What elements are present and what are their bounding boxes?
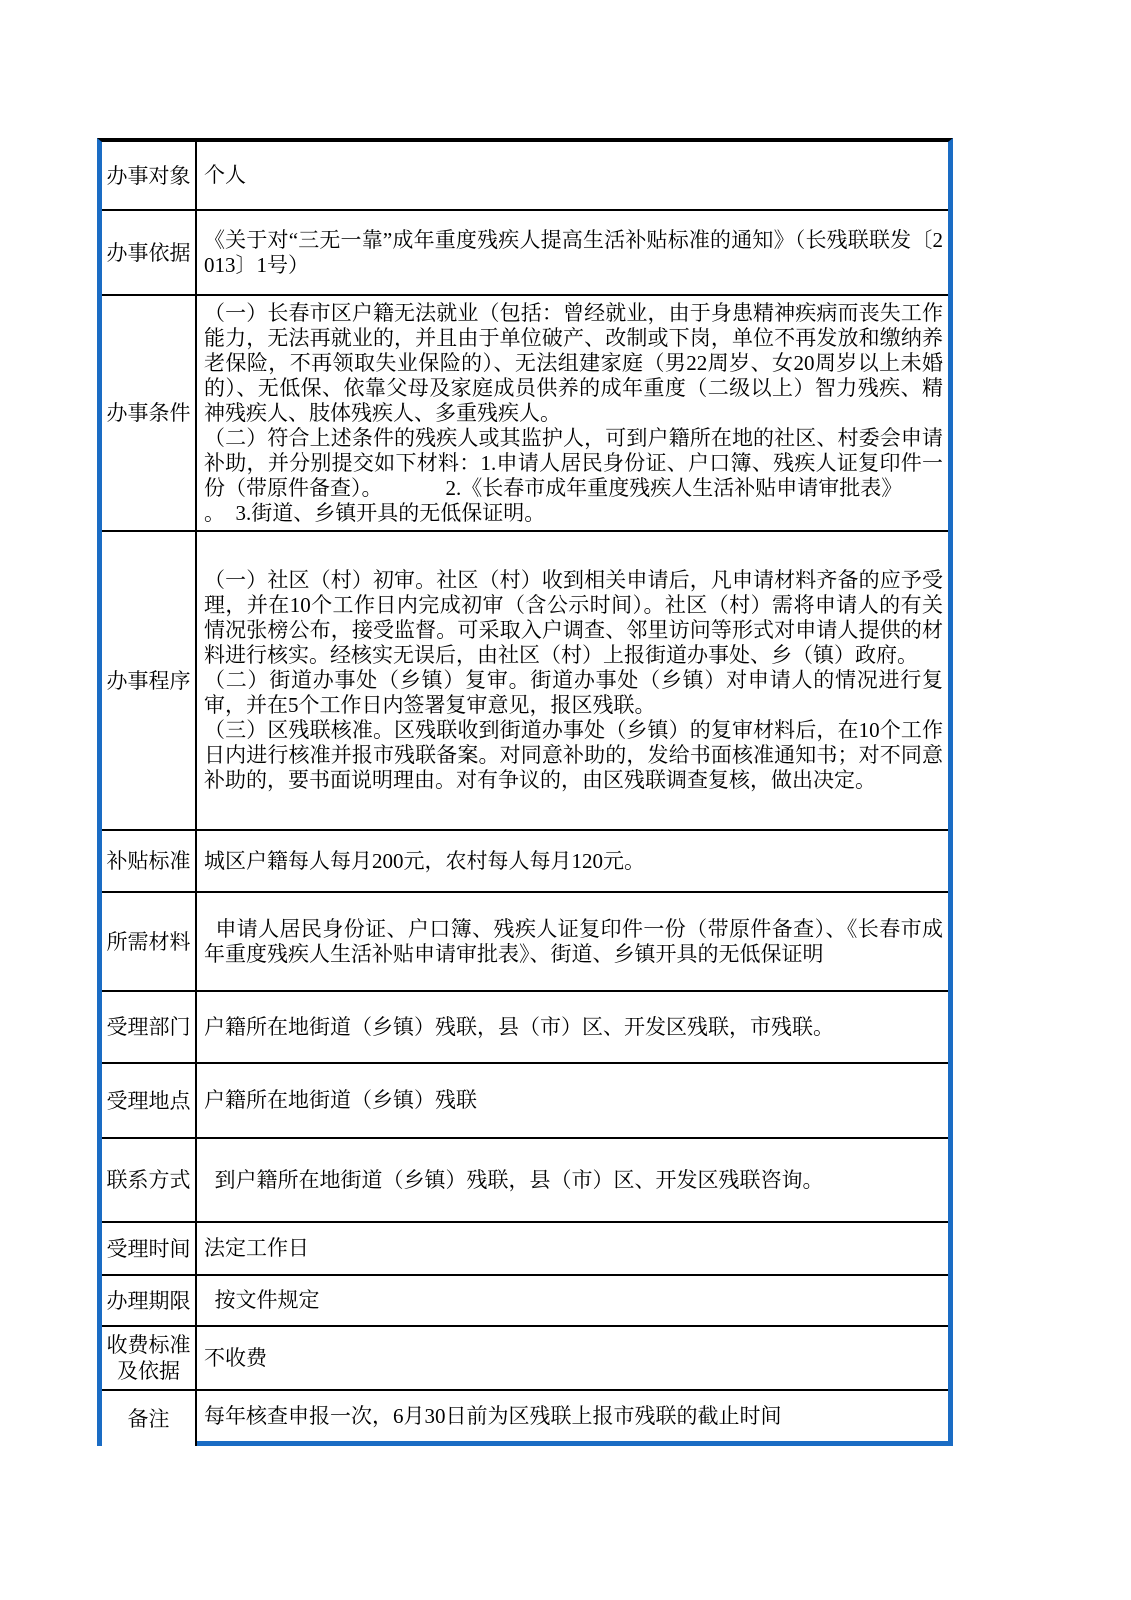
row-content-cell: 申请人居民身份证、户口簿、残疾人证复印件一份（带原件备查）、《长春市成年重度残疾…	[197, 893, 948, 990]
row-content: 户籍所在地街道（乡镇）残联	[204, 1088, 943, 1113]
row-content-cell: 城区户籍每人每月200元，农村每人每月120元。	[197, 831, 948, 891]
row-content-cell: 到户籍所在地街道（乡镇）残联，县（市）区、开发区残联咨询。	[197, 1139, 948, 1221]
table-row-subsidy-standard: 补贴标准 城区户籍每人每月200元，农村每人每月120元。	[102, 831, 948, 893]
row-label: 办理期限	[102, 1276, 197, 1325]
table-row-procedure: 办事程序 （一）社区（村）初审。社区（村）收到相关申请后，凡申请材料齐备的应予受…	[102, 532, 948, 831]
table-row-accepting-location: 受理地点 户籍所在地街道（乡镇）残联	[102, 1064, 948, 1139]
row-label: 收费标准及依据	[102, 1327, 197, 1389]
row-content: 不收费	[204, 1346, 943, 1371]
row-label: 办事依据	[102, 211, 197, 294]
row-label: 办事程序	[102, 532, 197, 829]
row-content: 法定工作日	[204, 1236, 943, 1261]
table-row-contact-method: 联系方式 到户籍所在地街道（乡镇）残联，县（市）区、开发区残联咨询。	[102, 1139, 948, 1223]
row-content-cell: 《关于对“三无一靠”成年重度残疾人提高生活补贴标准的通知》（长残联联发〔2013…	[197, 211, 948, 294]
row-content: 城区户籍每人每月200元，农村每人每月120元。	[204, 849, 943, 874]
table-row-processing-deadline: 办理期限 按文件规定	[102, 1276, 948, 1327]
row-content: 个人	[204, 163, 943, 188]
table-row-legal-basis: 办事依据 《关于对“三无一靠”成年重度残疾人提高生活补贴标准的通知》（长残联联发…	[102, 211, 948, 296]
row-content: 申请人居民身份证、户口簿、残疾人证复印件一份（带原件备查）、《长春市成年重度残疾…	[204, 917, 943, 967]
row-label: 受理时间	[102, 1223, 197, 1274]
row-content: 每年核查申报一次，6月30日前为区残联上报市残联的截止时间	[204, 1404, 943, 1429]
row-content: 按文件规定	[204, 1288, 943, 1313]
row-content: 户籍所在地街道（乡镇）残联，县（市）区、开发区残联，市残联。	[204, 1015, 943, 1040]
table-row-remarks: 备注 每年核查申报一次，6月30日前为区残联上报市残联的截止时间	[102, 1391, 948, 1446]
row-content-cell: 每年核查申报一次，6月30日前为区残联上报市残联的截止时间	[197, 1391, 948, 1446]
row-content-cell: 法定工作日	[197, 1223, 948, 1274]
row-content: 到户籍所在地街道（乡镇）残联，县（市）区、开发区残联咨询。	[204, 1168, 943, 1193]
row-content: （一）长春市区户籍无法就业（包括：曾经就业，由于身患精神疾病而丧失工作能力，无法…	[204, 301, 943, 526]
table-row-conditions: 办事条件 （一）长春市区户籍无法就业（包括：曾经就业，由于身患精神疾病而丧失工作…	[102, 296, 948, 532]
row-label: 受理部门	[102, 992, 197, 1062]
row-content: （一）社区（村）初审。社区（村）收到相关申请后，凡申请材料齐备的应予受理，并在1…	[204, 568, 943, 793]
row-content-cell: 户籍所在地街道（乡镇）残联	[197, 1064, 948, 1137]
row-content-cell: （一）长春市区户籍无法就业（包括：曾经就业，由于身患精神疾病而丧失工作能力，无法…	[197, 296, 948, 530]
table-row-accepting-time: 受理时间 法定工作日	[102, 1223, 948, 1276]
row-content-cell: 个人	[197, 142, 948, 209]
row-label: 办事对象	[102, 142, 197, 209]
row-label: 办事条件	[102, 296, 197, 530]
row-content-cell: （一）社区（村）初审。社区（村）收到相关申请后，凡申请材料齐备的应予受理，并在1…	[197, 532, 948, 829]
row-label: 备注	[102, 1391, 197, 1446]
row-content-cell: 户籍所在地街道（乡镇）残联，县（市）区、开发区残联，市残联。	[197, 992, 948, 1062]
table-row-required-materials: 所需材料 申请人居民身份证、户口簿、残疾人证复印件一份（带原件备查）、《长春市成…	[102, 893, 948, 992]
row-label: 补贴标准	[102, 831, 197, 891]
row-content-cell: 不收费	[197, 1327, 948, 1389]
service-info-table: 办事对象 个人 办事依据 《关于对“三无一靠”成年重度残疾人提高生活补贴标准的通…	[97, 138, 953, 1446]
table-row-accepting-department: 受理部门 户籍所在地街道（乡镇）残联，县（市）区、开发区残联，市残联。	[102, 992, 948, 1064]
table-row-fee-standard: 收费标准及依据 不收费	[102, 1327, 948, 1391]
row-content: 《关于对“三无一靠”成年重度残疾人提高生活补贴标准的通知》（长残联联发〔2013…	[204, 228, 943, 278]
row-label: 所需材料	[102, 893, 197, 990]
table-row-service-target: 办事对象 个人	[102, 142, 948, 211]
row-label: 联系方式	[102, 1139, 197, 1221]
row-content-cell: 按文件规定	[197, 1276, 948, 1325]
row-label: 受理地点	[102, 1064, 197, 1137]
